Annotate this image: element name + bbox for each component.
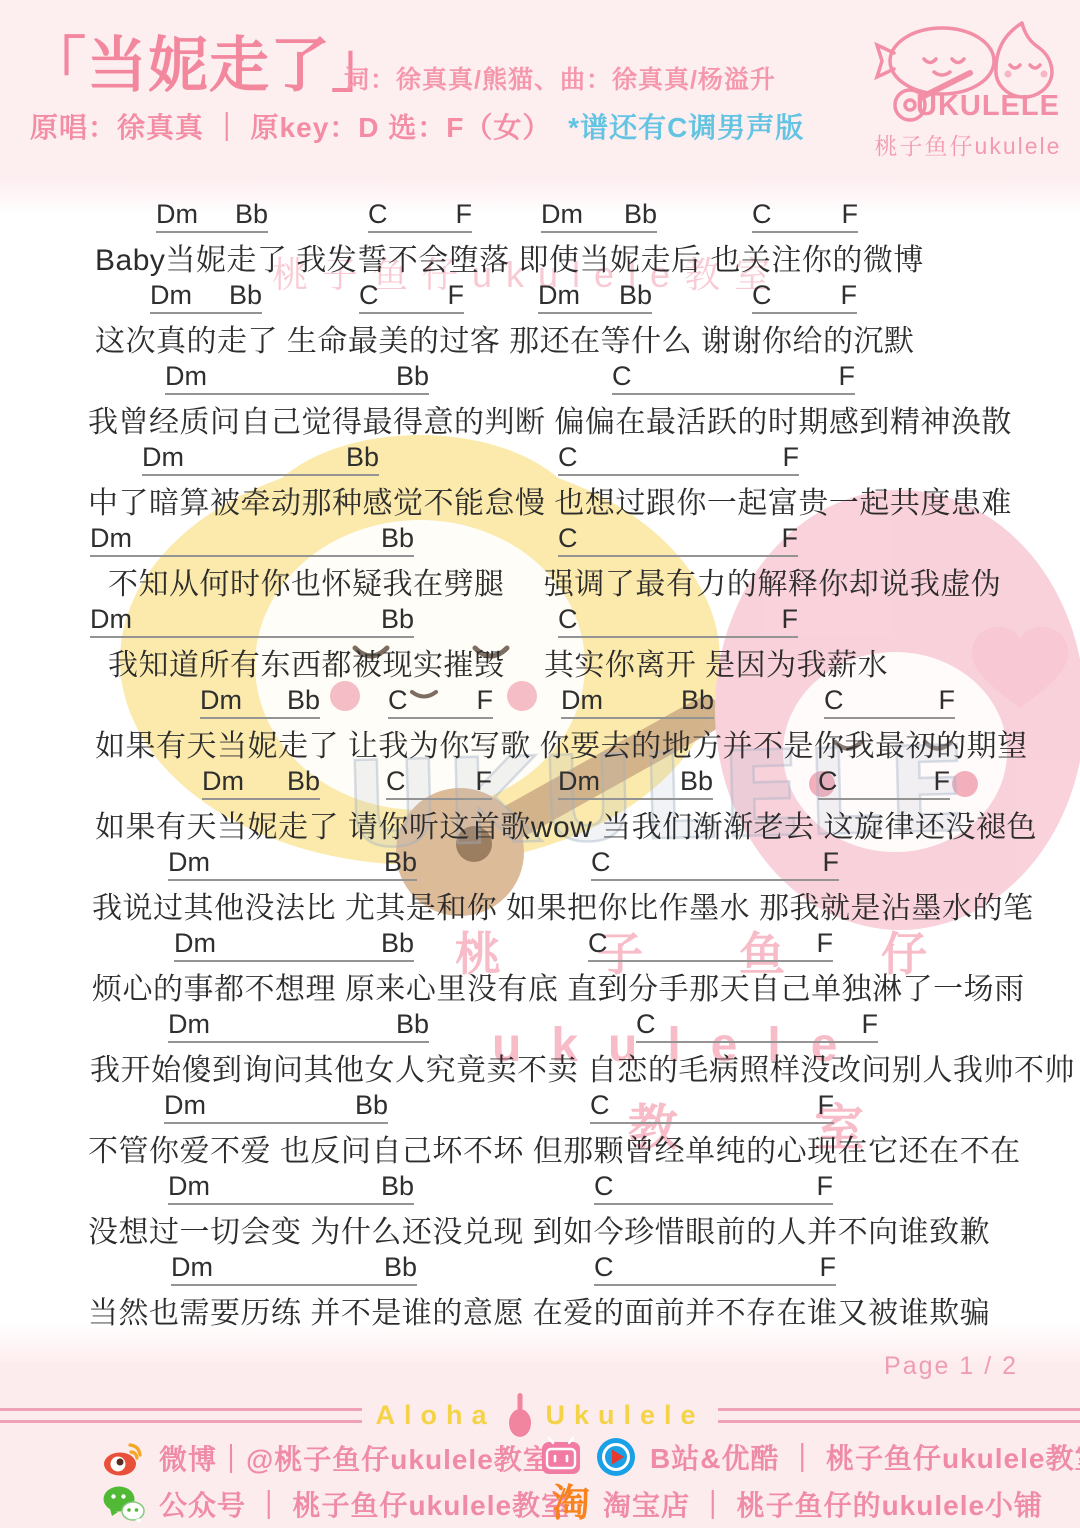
lyric-line: 不知从何时你也怀疑我在劈腿 强调了最有力的解释你却说我虚伪 xyxy=(108,559,1001,603)
footer-weibo-text: 微博｜@桃子鱼仔ukulele教室 xyxy=(159,1438,552,1478)
chord-label: Bb xyxy=(229,280,262,310)
divider-line-left xyxy=(0,1408,362,1423)
chord-label: C xyxy=(594,1171,614,1201)
lyric-line: 我曾经质问自己觉得最得意的判断 偏偏在最活跃的时期感到精神涣散 xyxy=(88,397,1012,441)
chord-segment: CF xyxy=(368,199,472,233)
chord-label: F xyxy=(842,199,859,229)
lyric-line: 烦心的事都不想理 原来心里没有底 直到分手那天自己单独淋了一场雨 xyxy=(92,964,1025,1008)
chord-label: Bb xyxy=(624,199,657,229)
chord-label: Bb xyxy=(235,199,268,229)
chord-label: F xyxy=(862,1009,879,1039)
chord-label: Bb xyxy=(680,766,713,796)
sheet-line: DmBbCFDmBbCFBaby当妮走了 我发誓不会堕落 即使当妮走后 也关注你… xyxy=(0,197,1080,278)
lyric-line: 不管你爱不爱 也反问自己坏不坏 但那颗曾经单纯的心现在它还在不在 xyxy=(88,1126,1021,1170)
chord-segment: DmBb xyxy=(538,280,652,314)
chord-label: C xyxy=(594,1252,614,1282)
chord-label: Bb xyxy=(384,1252,417,1282)
chord-label: C xyxy=(824,685,844,715)
chord-segment: DmBb xyxy=(90,523,414,557)
divider-ukulele-label: Ukulele xyxy=(545,1400,704,1431)
chord-segment: CF xyxy=(558,604,798,638)
chord-label: C xyxy=(558,523,578,553)
chord-label: F xyxy=(448,280,465,310)
chord-segment: CF xyxy=(386,766,492,800)
chord-segment: DmBb xyxy=(541,199,657,233)
chord-label: C xyxy=(818,766,838,796)
chord-label: Dm xyxy=(558,766,600,796)
chord-label: C xyxy=(558,604,578,634)
sheet-line: DmBbCF我开始傻到询问其他女人究竟卖不卖 自恋的毛病照样没改问别人我帅不帅 xyxy=(0,1007,1080,1088)
chord-label: Bb xyxy=(396,361,429,391)
lyric-line: 这次真的走了 生命最美的过客 那还在等什么 谢谢你给的沉默 xyxy=(95,316,915,360)
chord-label: Bb xyxy=(381,928,414,958)
lyric-line: 如果有天当妮走了 让我为你写歌 你要去的地方并不是你我最初的期望 xyxy=(95,721,1028,765)
sheet-line: DmBbCFDmBbCF如果有天当妮走了 让我为你写歌 你要去的地方并不是你我最… xyxy=(0,683,1080,764)
chord-segment: CF xyxy=(752,280,857,314)
chord-segment: DmBb xyxy=(168,1171,414,1205)
chord-segment: DmBb xyxy=(168,847,417,881)
chord-segment: DmBb xyxy=(558,766,713,800)
chord-label: C xyxy=(590,1090,610,1120)
chord-label: C xyxy=(612,361,632,391)
wechat-icon xyxy=(102,1484,146,1524)
chord-segment: CF xyxy=(636,1009,878,1043)
lyric-line: 我开始傻到询问其他女人究竟卖不卖 自恋的毛病照样没改问别人我帅不帅 xyxy=(90,1045,1075,1089)
footer-taobao-text: 淘宝店 ｜ 桃子鱼仔的ukulele小铺 xyxy=(603,1484,1043,1524)
sheet-line: DmBbCF不知从何时你也怀疑我在劈腿 强调了最有力的解释你却说我虚伪 xyxy=(0,521,1080,602)
chord-sheet-page: 桃子鱼仔ukulele教室 UKULELE 桃子鱼仔 ukulele 教室 「当… xyxy=(0,0,1080,1528)
chord-label: F xyxy=(839,361,856,391)
sheet-line: DmBbCF中了暗算被牵动那种感觉不能怠慢 也想过跟你一起富贵一起共度患难 xyxy=(0,440,1080,521)
chord-label: Dm xyxy=(168,847,210,877)
sheet-line: DmBbCF我知道所有东西都被现实摧毁 其实你离开 是因为我薪水 xyxy=(0,602,1080,683)
chord-label: Bb xyxy=(396,1009,429,1039)
chord-label: Bb xyxy=(355,1090,388,1120)
chord-label: Dm xyxy=(538,280,580,310)
chord-label: F xyxy=(476,766,493,796)
chord-label: Dm xyxy=(164,1090,206,1120)
chord-label: Bb xyxy=(384,847,417,877)
sheet-line: DmBbCF我曾经质问自己觉得最得意的判断 偏偏在最活跃的时期感到精神涣散 xyxy=(0,359,1080,440)
chord-segment: CF xyxy=(752,199,858,233)
lyric-line: 我说过其他没法比 尤其是和你 如果把你比作墨水 那我就是沾墨水的笔 xyxy=(92,883,1034,927)
chord-label: C xyxy=(388,685,408,715)
chord-segment: DmBb xyxy=(156,199,268,233)
chord-label: F xyxy=(939,685,956,715)
chord-segment: DmBb xyxy=(165,361,429,395)
sheet-line: DmBbCF没想过一切会变 为什么还没兑现 到如今珍惜眼前的人并不向谁致歉 xyxy=(0,1169,1080,1250)
chord-label: C xyxy=(386,766,406,796)
chord-segment: CF xyxy=(590,1090,834,1124)
lyric-line: 我知道所有东西都被现实摧毁 其实你离开 是因为我薪水 xyxy=(108,640,888,684)
chord-label: F xyxy=(477,685,494,715)
chord-label: Bb xyxy=(287,766,320,796)
sheet-line: DmBbCFDmBbCF这次真的走了 生命最美的过客 那还在等什么 谢谢你给的沉… xyxy=(0,278,1080,359)
chord-segment: DmBb xyxy=(174,928,414,962)
lyric-line: Baby当妮走了 我发誓不会堕落 即使当妮走后 也关注你的微博 xyxy=(95,235,924,279)
chord-lyric-sheet: DmBbCFDmBbCFBaby当妮走了 我发誓不会堕落 即使当妮走后 也关注你… xyxy=(0,0,1080,1528)
chord-label: C xyxy=(359,280,379,310)
chord-segment: DmBb xyxy=(561,685,714,719)
sheet-line: DmBbCF我说过其他没法比 尤其是和你 如果把你比作墨水 那我就是沾墨水的笔 xyxy=(0,845,1080,926)
bilibili-icon xyxy=(540,1436,582,1478)
chord-segment: DmBb xyxy=(142,442,379,476)
chord-label: Bb xyxy=(681,685,714,715)
youku-play-icon xyxy=(595,1436,637,1478)
chord-label: C xyxy=(752,199,772,229)
chord-label: Bb xyxy=(287,685,320,715)
lyric-line: 如果有天当妮走了 请你听这首歌wow 当我们渐渐老去 这旋律还没褪色 xyxy=(95,802,1037,846)
chord-label: Dm xyxy=(168,1171,210,1201)
chord-segment: DmBb xyxy=(164,1090,388,1124)
chord-label: Dm xyxy=(165,361,207,391)
chord-label: Dm xyxy=(168,1009,210,1039)
chord-segment: DmBb xyxy=(150,280,262,314)
chord-label: Dm xyxy=(200,685,242,715)
chord-label: F xyxy=(782,523,799,553)
divider-aloha-label: Aloha xyxy=(375,1400,495,1431)
chord-label: F xyxy=(823,847,840,877)
chord-label: Bb xyxy=(346,442,379,472)
chord-label: Bb xyxy=(381,1171,414,1201)
footer-bilibili-text: B站&优酷 ｜ 桃子鱼仔ukulele教室 xyxy=(650,1437,1080,1477)
sheet-line: DmBbCF不管你爱不爱 也反问自己坏不坏 但那颗曾经单纯的心现在它还在不在 xyxy=(0,1088,1080,1169)
chord-label: Dm xyxy=(90,604,132,634)
divider-line-right xyxy=(718,1408,1080,1423)
chord-segment: DmBb xyxy=(90,604,414,638)
weibo-icon xyxy=(102,1439,146,1477)
chord-label: Bb xyxy=(381,604,414,634)
chord-segment: CF xyxy=(594,1252,836,1286)
lyric-line: 没想过一切会变 为什么还没兑现 到如今珍惜眼前的人并不向谁致歉 xyxy=(88,1207,990,1251)
footer-bilibili-youku: B站&优酷 ｜ 桃子鱼仔ukulele教室 xyxy=(540,1436,1080,1478)
chord-segment: CF xyxy=(824,685,955,719)
chord-segment: CF xyxy=(359,280,464,314)
chord-segment: DmBb xyxy=(168,1009,429,1043)
chord-label: Dm xyxy=(202,766,244,796)
taobao-icon: 淘 xyxy=(552,1484,590,1524)
chord-label: F xyxy=(782,604,799,634)
chord-segment: CF xyxy=(591,847,839,881)
chord-label: F xyxy=(934,766,951,796)
chord-segment: CF xyxy=(558,523,798,557)
footer-wechat-text: 公众号 ｜ 桃子鱼仔ukulele教室 xyxy=(159,1484,570,1524)
chord-label: Bb xyxy=(619,280,652,310)
chord-label: C xyxy=(752,280,772,310)
aloha-divider: Aloha Ukulele xyxy=(0,1398,1080,1432)
chord-label: F xyxy=(817,928,834,958)
sheet-line: DmBbCF当然也需要历练 并不是谁的意愿 在爱的面前并不存在谁又被谁欺骗 xyxy=(0,1250,1080,1331)
footer-taobao: 淘 淘宝店 ｜ 桃子鱼仔的ukulele小铺 xyxy=(552,1484,1043,1524)
sheet-line: DmBbCFDmBbCF如果有天当妮走了 请你听这首歌wow 当我们渐渐老去 这… xyxy=(0,764,1080,845)
chord-label: Dm xyxy=(171,1252,213,1282)
chord-segment: DmBb xyxy=(171,1252,417,1286)
chord-label: C xyxy=(368,199,388,229)
chord-label: F xyxy=(456,199,473,229)
page-number: Page 1 / 2 xyxy=(884,1352,1018,1381)
sheet-line: DmBbCF烦心的事都不想理 原来心里没有底 直到分手那天自己单独淋了一场雨 xyxy=(0,926,1080,1007)
chord-label: Dm xyxy=(174,928,216,958)
chord-label: Dm xyxy=(541,199,583,229)
chord-label: Dm xyxy=(561,685,603,715)
chord-label: C xyxy=(588,928,608,958)
footer-weibo: 微博｜@桃子鱼仔ukulele教室 xyxy=(102,1438,552,1478)
chord-segment: CF xyxy=(818,766,950,800)
chord-label: F xyxy=(820,1252,837,1282)
chord-segment: CF xyxy=(612,361,855,395)
chord-label: C xyxy=(558,442,578,472)
chord-label: Dm xyxy=(142,442,184,472)
chord-label: Dm xyxy=(90,523,132,553)
chord-segment: CF xyxy=(594,1171,833,1205)
chord-segment: DmBb xyxy=(200,685,320,719)
chord-segment: CF xyxy=(588,928,833,962)
chord-label: Dm xyxy=(150,280,192,310)
chord-segment: CF xyxy=(388,685,493,719)
chord-segment: DmBb xyxy=(202,766,320,800)
lyric-line: 中了暗算被牵动那种感觉不能怠慢 也想过跟你一起富贵一起共度患难 xyxy=(88,478,1012,522)
chord-label: Bb xyxy=(381,523,414,553)
chord-label: F xyxy=(783,442,800,472)
chord-label: F xyxy=(818,1090,835,1120)
chord-segment: CF xyxy=(558,442,799,476)
footer-wechat: 公众号 ｜ 桃子鱼仔ukulele教室 xyxy=(102,1484,570,1524)
chord-label: F xyxy=(841,280,858,310)
lyric-line: 当然也需要历练 并不是谁的意愿 在爱的面前并不存在谁又被谁欺骗 xyxy=(88,1288,990,1332)
chord-label: Dm xyxy=(156,199,198,229)
chord-label: C xyxy=(636,1009,656,1039)
chord-label: C xyxy=(591,847,611,877)
ukulele-icon xyxy=(508,1392,532,1438)
chord-label: F xyxy=(817,1171,834,1201)
